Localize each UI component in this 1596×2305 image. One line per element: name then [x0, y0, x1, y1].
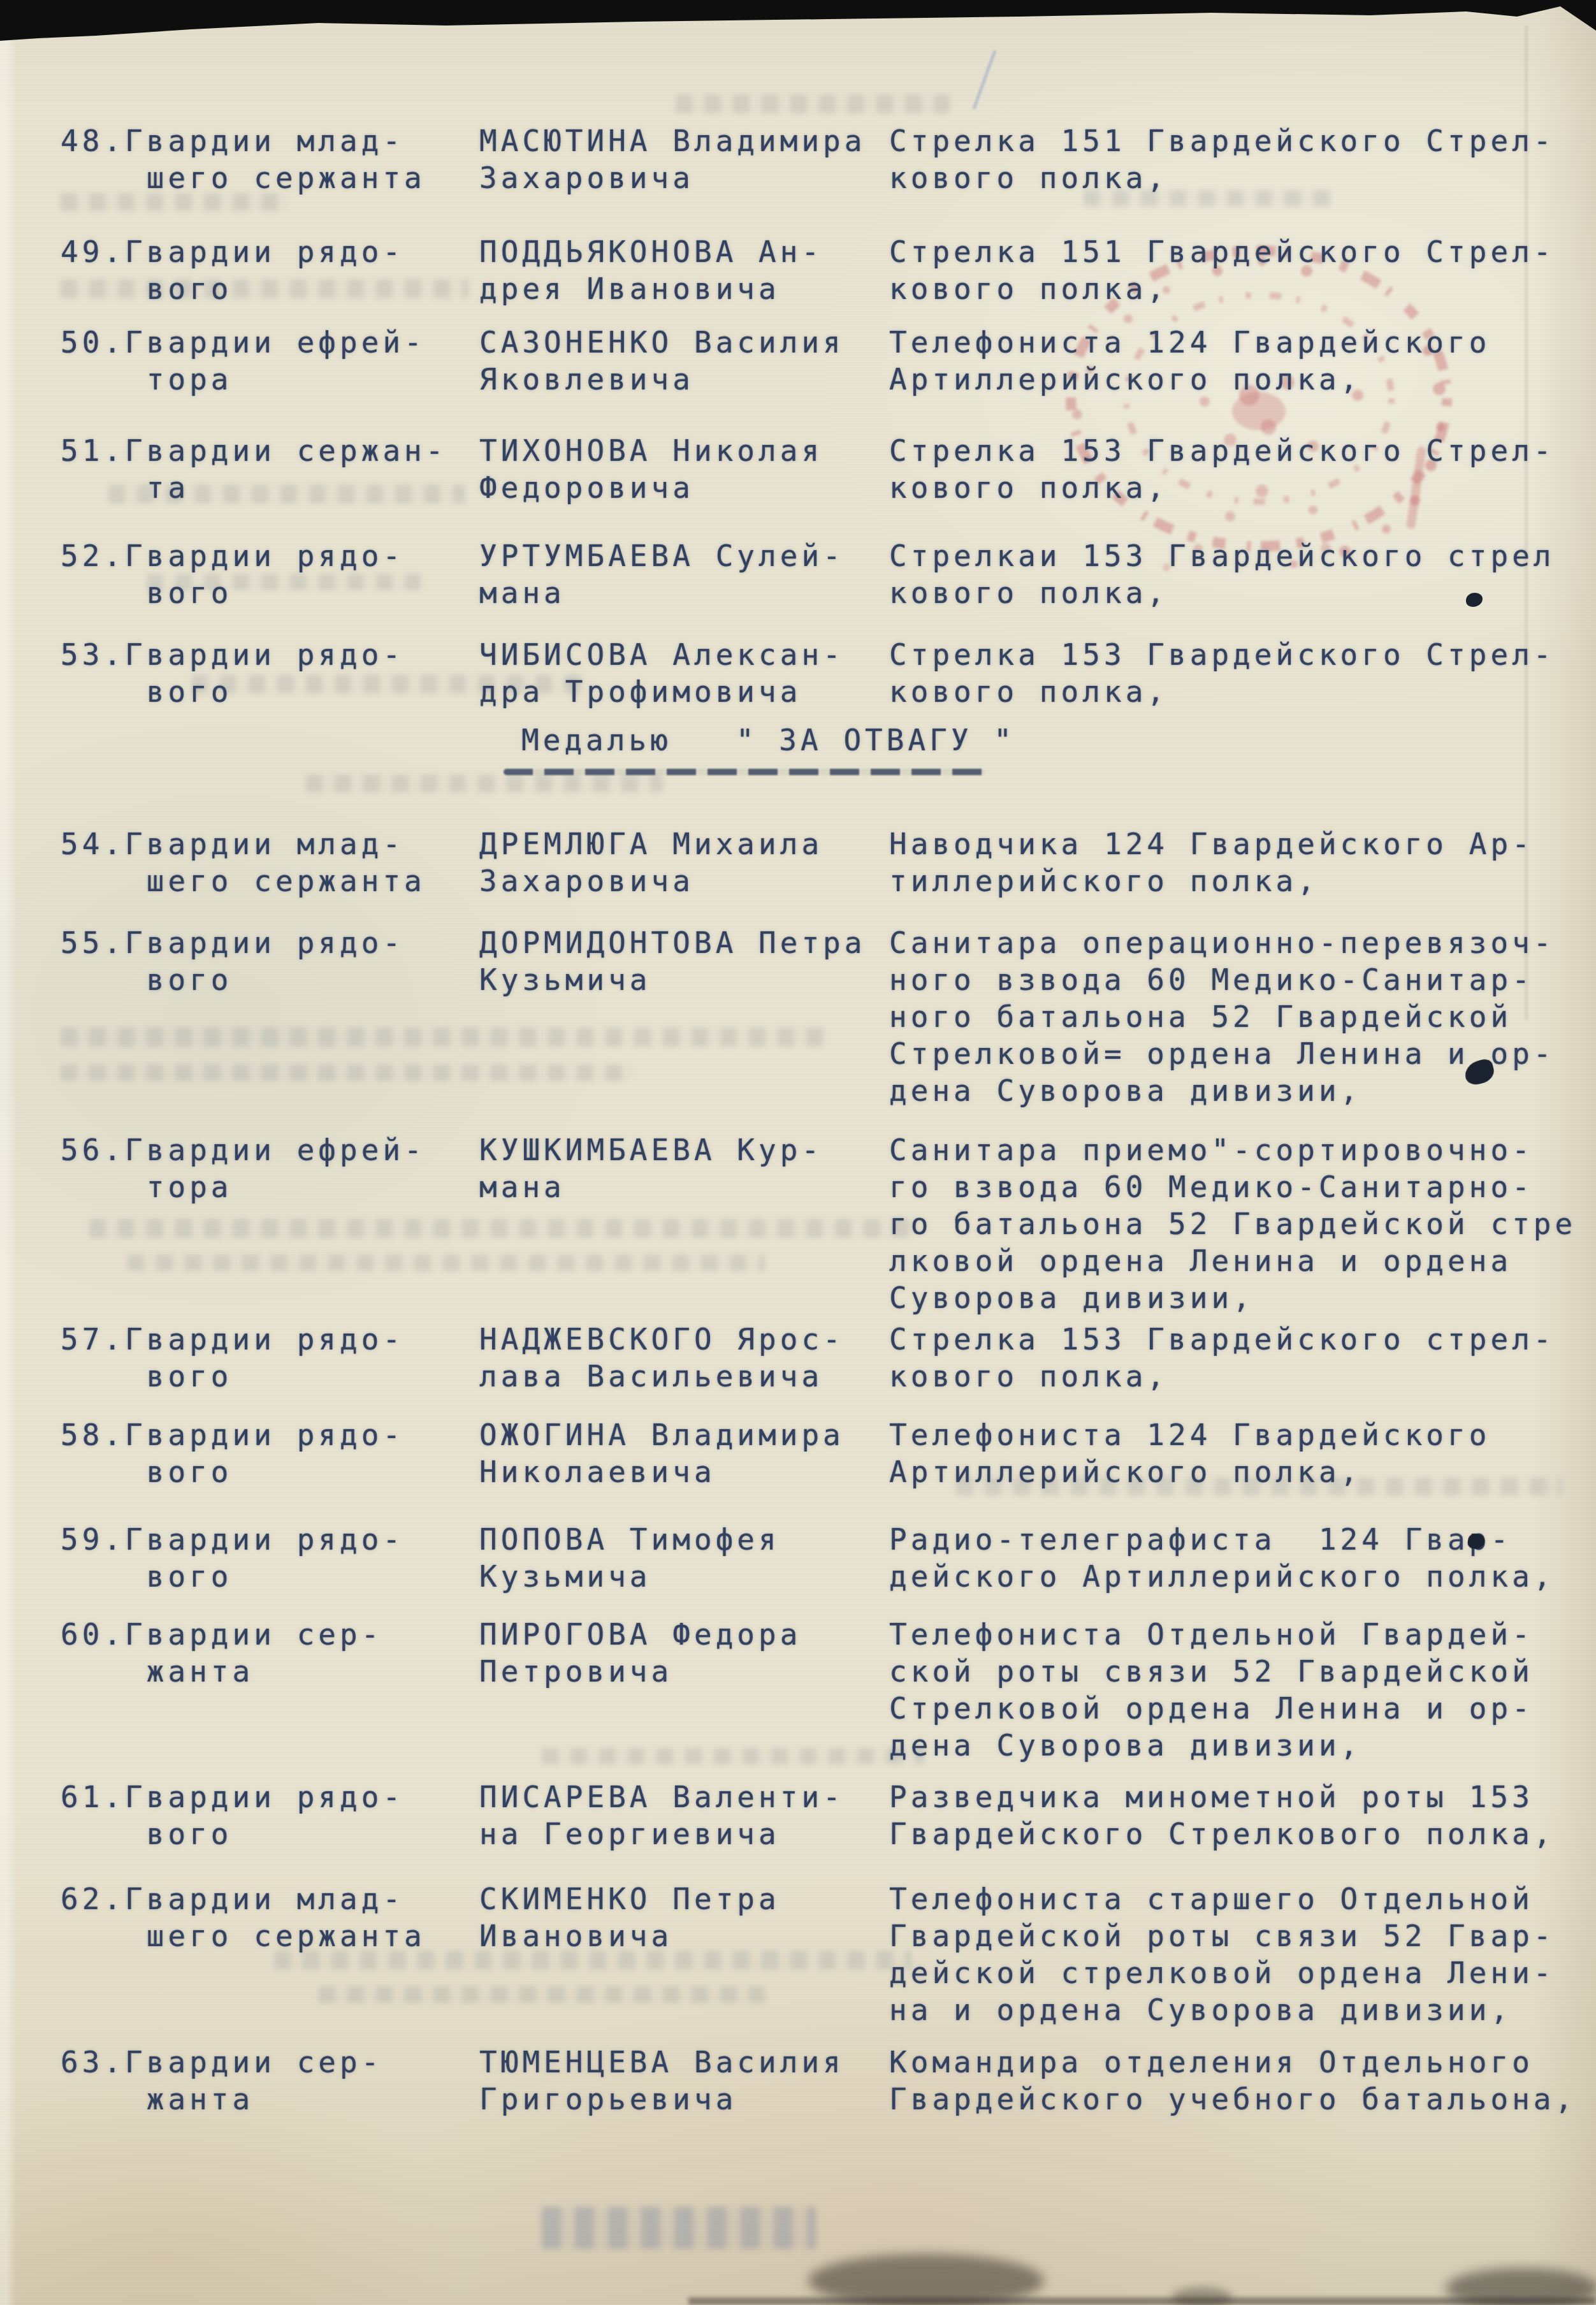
entry-number: 53.: [61, 637, 125, 672]
entry-name: ПИРОГОВА Федора Петровича: [479, 1616, 900, 1690]
entry-rank: 51.Гвардии сержан- та: [61, 432, 500, 506]
entry-number: 61.: [61, 1780, 125, 1814]
bleed-through-smudge: [61, 1028, 825, 1047]
entry-role: Радио-телеграфиста 124 Гвар- дейского Ар…: [889, 1521, 1590, 1595]
entry-role: Стрелка 153 Гвардейского стрел- кового п…: [889, 1321, 1590, 1395]
scan-edge-top: [0, 0, 1596, 45]
entry-rank: 57.Гвардии рядо- вого: [61, 1321, 500, 1395]
entry-number: 54.: [61, 827, 125, 861]
bleed-through-smudge: [89, 1219, 918, 1238]
bleed-through-smudge: [61, 1065, 634, 1081]
entry-role: Стрелка 153 Гвардейского Стрел- кового п…: [889, 636, 1590, 710]
entry-number: 52.: [61, 539, 125, 573]
entry-rank: 55.Гвардии рядо- вого: [61, 924, 500, 998]
entry-role: Стрелка 151 Гвардейского Стрел- кового п…: [889, 233, 1590, 307]
entry-role: Разведчика минометной роты 153 Гвардейск…: [889, 1778, 1590, 1852]
entry-name: ОЖОГИНА Владимира Николаевича: [479, 1416, 900, 1490]
entry-rank: 54.Гвардии млад- шего сержанта: [61, 825, 500, 899]
entry-role: Телефониста Отдельной Гвардей- ской роты…: [889, 1616, 1590, 1764]
entry-name: ДРЕМЛЮГА Михаила Захаровича: [479, 825, 900, 899]
entry-role: Стрелкаи 153 Гвардейского стрел кового п…: [889, 537, 1590, 611]
entry-rank: 49.Гвардии рядо- вого: [61, 233, 500, 307]
entry-number: 48.: [61, 124, 125, 158]
blue-pen-mark: [972, 50, 996, 110]
bleed-through-smudge: [542, 2207, 816, 2249]
entry-name: МАСЮТИНА Владимира Захаровича: [479, 122, 900, 196]
entry-name: УРТУМБАЕВА Сулей- мана: [479, 537, 900, 611]
bleed-through-smudge: [542, 1748, 924, 1764]
entry-number: 63.: [61, 2045, 125, 2079]
entry-number: 59.: [61, 1522, 125, 1557]
entry-name: ПИСАРЕВА Валенти- на Георгиевича: [479, 1778, 900, 1852]
entry-role: Телефониста 124 Гвардейского Артиллерийс…: [889, 1416, 1590, 1490]
entry-name: ЧИБИСОВА Алексан- дра Трофимовича: [479, 636, 900, 710]
entry-role: Санитара приемо"-сортировочно- го взвода…: [889, 1131, 1590, 1316]
scan-edge-bottom: [688, 2297, 1596, 2305]
entry-name: НАДЖЕВСКОГО Ярос- лава Васильевича: [479, 1321, 900, 1395]
medal-header-underline: [504, 769, 985, 775]
entry-role: Наводчика 124 Гвардейского Ар- тиллерийс…: [889, 825, 1590, 899]
bleed-through-smudge: [676, 94, 950, 113]
entry-role: Командира отделения Отдельного Гвардейск…: [889, 2044, 1590, 2118]
entry-rank: 53.Гвардии рядо- вого: [61, 636, 500, 710]
entry-number: 58.: [61, 1418, 125, 1452]
entry-name: ТЮМЕНЦЕВА Василия Григорьевича: [479, 2044, 900, 2118]
entry-rank: 61.Гвардии рядо- вого: [61, 1778, 500, 1852]
medal-section-header: Медалью " ЗА ОТВАГУ ": [521, 722, 1015, 759]
entry-number: 56.: [61, 1133, 125, 1167]
bleed-through-smudge: [319, 1986, 765, 2003]
entry-rank: 59.Гвардии рядо- вого: [61, 1521, 500, 1595]
entry-name: ТИХОНОВА Николая Федоровича: [479, 432, 900, 506]
entry-role: Стрелка 153 Гвардейского Стрел- кового п…: [889, 432, 1590, 506]
entry-name: СКИМЕНКО Петра Ивановича: [479, 1880, 900, 1954]
entry-number: 50.: [61, 325, 125, 360]
entry-rank: 52.Гвардии рядо- вого: [61, 537, 500, 611]
entry-number: 55.: [61, 926, 125, 960]
entry-role: Стрелка 151 Гвардейского Стрел- кового п…: [889, 122, 1590, 196]
entry-name: ДОРМИДОНТОВА Петра Кузьмича: [479, 924, 900, 998]
entry-role: Телефониста 124 Гвардейского Артиллерийс…: [889, 324, 1590, 398]
entry-name: ПОДДЬЯКОНОВА Ан- дрея Ивановича: [479, 233, 900, 307]
entry-number: 51.: [61, 433, 125, 468]
entry-rank: 63.Гвардии сер- жанта: [61, 2044, 500, 2118]
entry-rank: 62.Гвардии млад- шего сержанта: [61, 1880, 500, 1954]
entry-name: ПОПОВА Тимофея Кузьмича: [479, 1521, 900, 1595]
scanned-document-page: 48.Гвардии млад- шего сержанта МАСЮТИНА …: [0, 0, 1596, 2305]
entry-number: 62.: [61, 1882, 125, 1916]
entry-rank: 56.Гвардии ефрей- тора: [61, 1131, 500, 1205]
entry-name: КУШКИМБАЕВА Кур- мана: [479, 1131, 900, 1205]
entry-number: 57.: [61, 1322, 125, 1356]
bleed-through-smudge: [127, 1254, 765, 1271]
entry-name: САЗОНЕНКО Василия Яковлевича: [479, 324, 900, 398]
entry-number: 49.: [61, 235, 125, 269]
entry-rank: 58.Гвардии рядо- вого: [61, 1416, 500, 1490]
bleed-through-smudge: [306, 774, 663, 792]
entry-number: 60.: [61, 1617, 125, 1652]
entry-role: Телефониста старшего Отдельной Гвардейск…: [889, 1880, 1590, 2028]
entry-rank: 60.Гвардии сер- жанта: [61, 1616, 500, 1690]
entry-rank: 48.Гвардии млад- шего сержанта: [61, 122, 500, 196]
entry-rank: 50.Гвардии ефрей- тора: [61, 324, 500, 398]
